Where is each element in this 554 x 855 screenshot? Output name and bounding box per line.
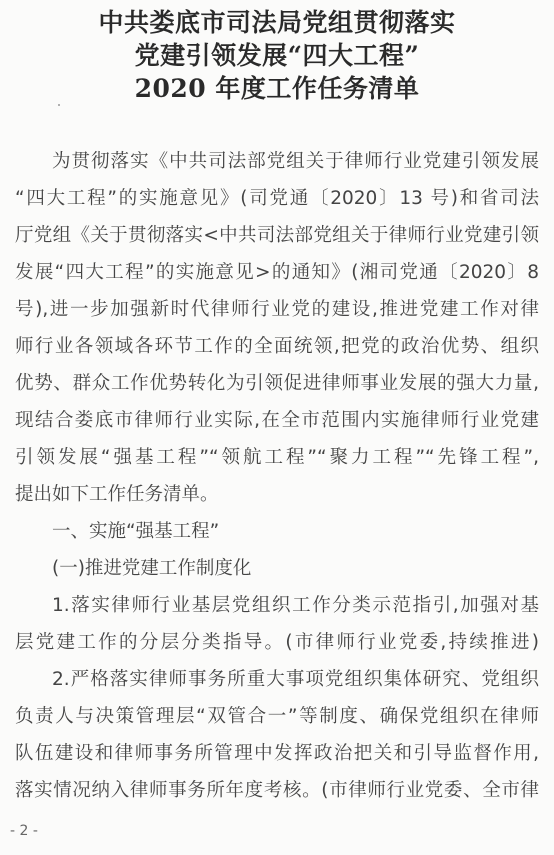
- intro-line: 师行业各领域各环节工作的全面统领,把党的政治优势、组织: [15, 328, 539, 365]
- item-1-line: 层党建工作的分层分类指导。(市律师行业党委,持续推进): [15, 624, 539, 661]
- document-body: 为贯彻落实《中共司法部党组关于律师行业党建引领发展 “四大工程”的实施意见》(司…: [15, 143, 539, 809]
- intro-line: 优势、群众工作优势转化为引领促进律师事业发展的强大力量,: [15, 365, 539, 402]
- title-line: 2020 年度工作任务清单: [0, 72, 554, 105]
- section-heading: 一、实施“强基工程”: [15, 513, 539, 550]
- item-2-line: 队伍建设和律师事务所管理中发挥政治把关和引导监督作用,: [15, 735, 539, 772]
- item-2-line: 负责人与决策管理层“双管合一”等制度、确保党组织在律师: [15, 698, 539, 735]
- intro-line: 引领发展“强基工程”“领航工程”“聚力工程”“先锋工程”,: [15, 439, 539, 476]
- item-1-line: 1.落实律师行业基层党组织工作分类示范指引,加强对基: [15, 587, 539, 624]
- item-2-line: 2.严格落实律师事务所重大事项党组织集体研究、党组织: [15, 661, 539, 698]
- intro-line: 厅党组《关于贯彻落实<中共司法部党组关于律师行业党建引领: [15, 217, 539, 254]
- title-line: 党建引领发展“四大工程”: [0, 39, 554, 72]
- intro-line: 号),进一步加强新时代律师行业党的建设,推进党建工作对律: [15, 291, 539, 328]
- page-number: - 2 -: [10, 823, 38, 839]
- intro-line: 发展“四大工程”的实施意见>的通知》(湘司党通〔2020〕8: [15, 254, 539, 291]
- title-line: 中共娄底市司法局党组贯彻落实: [0, 6, 554, 39]
- intro-line: 为贯彻落实《中共司法部党组关于律师行业党建引领发展: [15, 143, 539, 180]
- subsection-heading: (一)推进党建工作制度化: [15, 550, 539, 587]
- intro-line: “四大工程”的实施意见》(司党通〔2020〕13 号)和省司法: [15, 180, 539, 217]
- item-2-line: 落实情况纳入律师事务所年度考核。(市律师行业党委、全市律: [15, 772, 539, 809]
- intro-line: 现结合娄底市律师行业实际,在全市范围内实施律师行业党建: [15, 402, 539, 439]
- document-title: 中共娄底市司法局党组贯彻落实 党建引领发展“四大工程” 2020 年度工作任务清…: [0, 6, 554, 105]
- scan-speck: [58, 104, 60, 106]
- intro-line: 提出如下工作任务清单。: [15, 476, 539, 513]
